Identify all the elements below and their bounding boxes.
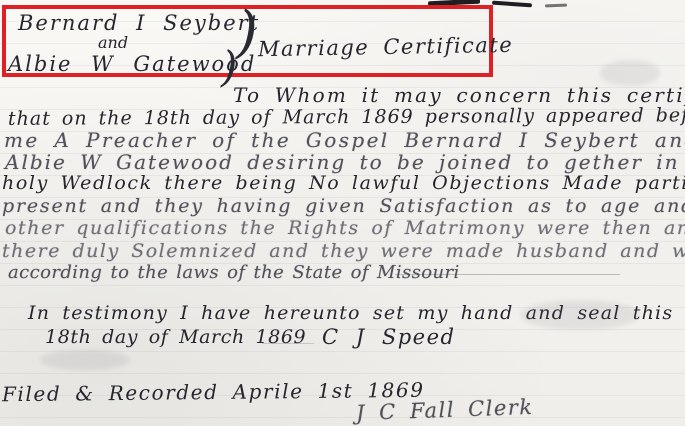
body-line: Albie W Gatewood desiring to be joined t… — [5, 151, 680, 173]
document-scan: Bernard I Seybert and Albie W Gatewood )… — [0, 0, 685, 426]
party2-name: Albie W Gatewood — [8, 53, 256, 76]
party1-name: Bernard I Seybert — [18, 12, 260, 35]
minister-signature: C J Speed — [322, 326, 455, 349]
body-line: present and they having given Satisfacti… — [2, 196, 685, 217]
scan-smudge — [600, 60, 660, 86]
flourish-line — [262, 343, 314, 344]
testimony-date: 18th day of March 1869 — [45, 327, 306, 348]
body-line: other qualifications the Rights of Matri… — [5, 218, 685, 239]
body-line: there duly Solemnized and they were made… — [2, 241, 685, 262]
body-line: according to the laws of the State of Mi… — [8, 263, 460, 283]
document-title: Marriage Certificate — [258, 34, 514, 62]
body-line: me A Preacher of the Gospel Bernard I Se… — [4, 129, 685, 151]
body-line: that on the 18th day of March 1869 perso… — [8, 105, 685, 130]
brace-top: ) — [236, 8, 258, 58]
flourish-line — [395, 274, 620, 275]
scan-smudge — [40, 350, 130, 370]
scan-smudge — [520, 300, 640, 330]
body-line: holy Wedlock there being No lawful Objec… — [2, 173, 685, 194]
brace-bottom: ) — [221, 48, 237, 86]
conjunction-and: and — [98, 34, 128, 52]
clerk-signature: J C Fall Clerk — [356, 396, 534, 425]
body-line: To Whom it may concern this certifies — [233, 84, 685, 106]
